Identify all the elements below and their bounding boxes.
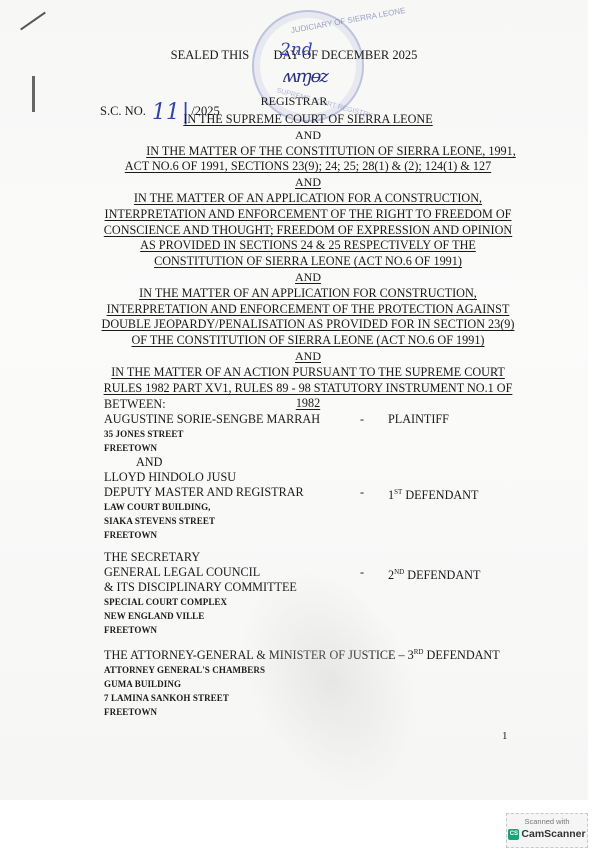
plaintiff-entry: AUGUSTINE SORIE-SENGBE MARRAH - PLAINTIF… [104,412,544,427]
scanned-page: JUDICIARY OF SIERRA LEONE SUPREME COURT … [0,0,588,800]
party-address-line: FREETOWN [104,623,544,637]
matter-line: AS PROVIDED IN SECTIONS 24 & 25 RESPECTI… [100,238,516,254]
party-name: THE SECRETARY [104,550,544,565]
party-address-line: NEW ENGLAND VILLE [104,609,544,623]
matter-line: ACT NO.6 OF 1991, SECTIONS 23(9); 24; 25… [100,159,516,175]
party-name: LLOYD HINDOLO JUSU [104,470,544,485]
matter-line: DOUBLE JEOPARDY/PENALISATION AS PROVIDED… [100,317,516,333]
party-role: 2ND DEFENDANT [388,565,480,583]
title-block: IN THE SUPREME COURT OF SIERRA LEONE AND… [100,112,516,412]
and-separator: AND [100,128,516,144]
defendant-3-entry: THE ATTORNEY-GENERAL & MINISTER OF JUSTI… [104,645,544,663]
party-name: DEPUTY MASTER AND REGISTRAR [104,485,304,499]
matter-line: IN THE MATTER OF AN APPLICATION FOR A CO… [100,191,516,207]
party-address-line: FREETOWN [104,705,544,719]
party-name: AUGUSTINE SORIE-SENGBE MARRAH [104,412,320,426]
and-separator: AND [100,175,516,191]
camscanner-logo-icon: CS [508,829,519,840]
party-address-line: FREETOWN [104,528,544,542]
party-address-line: SPECIAL COURT COMPLEX [104,595,544,609]
registrar-signature: ʍɱɵz [282,66,327,87]
matter-line: CONSTITUTION OF SIERRA LEONE (ACT NO.6 O… [100,254,516,270]
between-label: BETWEEN: [104,397,544,412]
court-heading: IN THE SUPREME COURT OF SIERRA LEONE [100,112,516,128]
party-role: PLAINTIFF [388,412,449,427]
and-separator: AND [100,349,516,365]
parties-section: BETWEEN: AUGUSTINE SORIE-SENGBE MARRAH -… [104,397,544,719]
matter-line: RULES 1982 PART XV1, RULES 89 - 98 STATU… [100,381,516,397]
defendant-1-entry: DEPUTY MASTER AND REGISTRAR - 1ST DEFEND… [104,485,544,500]
handwritten-day: 2nd [280,40,313,60]
matter-line: INTERPRETATION AND ENFORCEMENT OF THE PR… [100,302,516,318]
matter-line: CONSCIENCE AND THOUGHT; FREEDOM OF EXPRE… [100,223,516,239]
matter-line: IN THE MATTER OF THE CONSTITUTION OF SIE… [100,144,516,160]
party-role: 1ST DEFENDANT [388,485,478,503]
registrar-label: REGISTRAR [0,94,588,109]
matter-line: OF THE CONSTITUTION OF SIERRA LEONE (ACT… [100,333,516,349]
camscanner-watermark: Scanned with CS CamScanner [506,813,588,848]
party-address-line: 7 LAMINA SANKOH STREET [104,691,544,705]
defendant-2-entry: GENERAL LEGAL COUNCIL - 2ND DEFENDANT [104,565,544,580]
matter-line: IN THE MATTER OF AN ACTION PURSUANT TO T… [100,365,516,381]
and-separator: AND [104,455,544,470]
page-number: 1 [502,730,508,742]
matter-line: IN THE MATTER OF AN APPLICATION FOR CONS… [100,286,516,302]
pen-mark [20,12,46,31]
party-address-line: GUMA BUILDING [104,677,544,691]
party-address-line: FREETOWN [104,441,544,455]
party-address-line: ATTORNEY GENERAL'S CHAMBERS [104,663,544,677]
matter-line: INTERPRETATION AND ENFORCEMENT OF THE RI… [100,207,516,223]
party-name: GENERAL LEGAL COUNCIL [104,565,260,579]
party-address-line: SIAKA STEVENS STREET [104,514,544,528]
party-address-line: 35 JONES STREET [104,427,544,441]
and-separator: AND [100,270,516,286]
